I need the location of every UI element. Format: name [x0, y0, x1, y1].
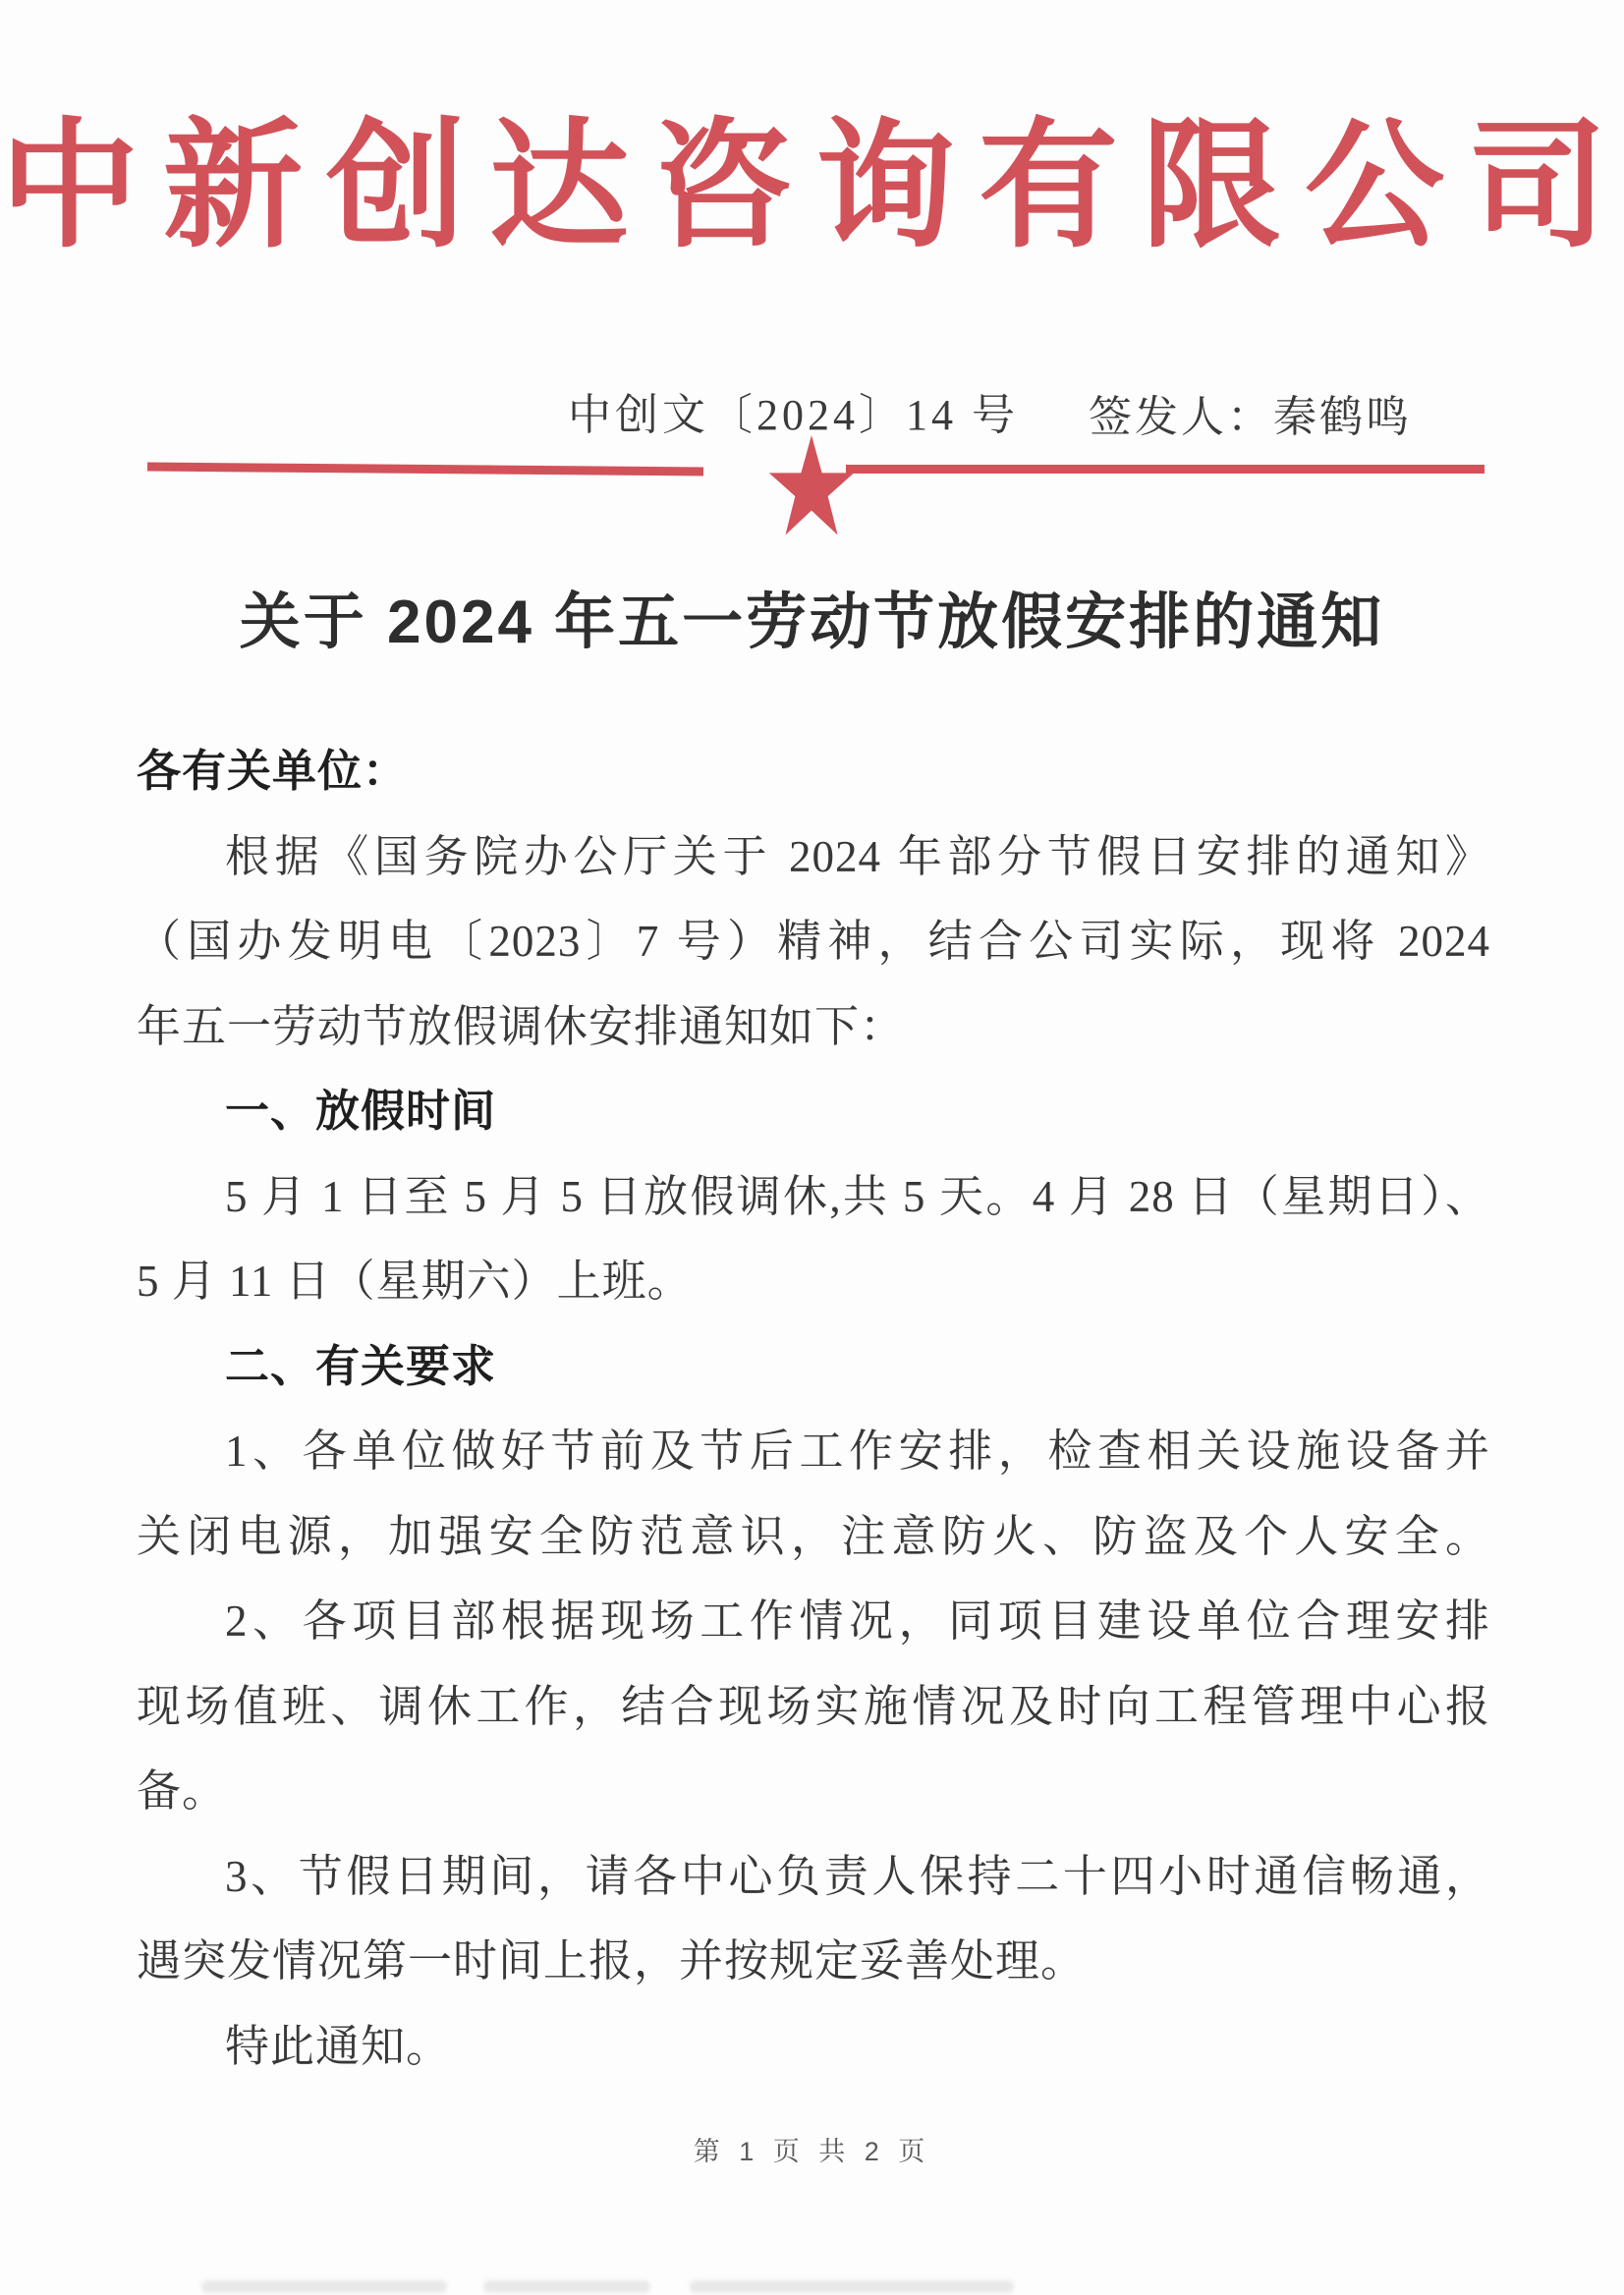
page-number: 第 1 页 共 2 页 — [0, 2130, 1624, 2168]
body-line: 根据《国务院办公厅关于 2024 年部分节假日安排的通知》 — [137, 814, 1490, 900]
red-divider-right — [846, 465, 1484, 474]
document-number: 中创文〔2024〕14 号 — [568, 379, 1019, 442]
section-heading-2: 二、有关要求 — [137, 1324, 1490, 1410]
body-line: 5 月 1 日至 5 月 5 日放假调休,共 5 天。4 月 28 日（星期日）… — [137, 1154, 1490, 1240]
closing-line: 特此通知。 — [137, 2004, 1490, 2090]
section-heading-1: 一、放假时间 — [137, 1069, 1490, 1154]
document-body: 各有关单位： 根据《国务院办公厅关于 2024 年部分节假日安排的通知》 （国办… — [137, 729, 1490, 2089]
body-line: 年五一劳动节放假调休安排通知如下： — [137, 984, 1490, 1070]
body-line: 备。 — [137, 1749, 1490, 1834]
issuer-name: 签发人：秦鹤鸣 — [1089, 381, 1412, 444]
body-line: 1、各单位做好节前及节后工作安排，检查相关设施设备并 — [137, 1409, 1490, 1494]
company-name: 中新创达咨询有限公司 — [0, 110, 1624, 263]
salutation: 各有关单位： — [137, 729, 1490, 814]
bleed-through-mark — [690, 2280, 1014, 2293]
body-line: 2、各项目部根据现场工作情况，同项目建设单位合理安排 — [137, 1579, 1490, 1664]
body-line: 5 月 11 日（星期六）上班。 — [137, 1239, 1490, 1324]
body-line: 遇突发情况第一时间上报，并按规定妥善处理。 — [137, 1919, 1490, 2004]
document-page: 中新创达咨询有限公司 中创文〔2024〕14 号 签发人：秦鹤鸣 关于 2024… — [0, 0, 1624, 2295]
red-divider-left — [147, 463, 703, 476]
body-line: 3、节假日期间，请各中心负责人保持二十四小时通信畅通， — [137, 1834, 1490, 1920]
bleed-through-mark — [483, 2280, 650, 2293]
bleed-through-mark — [201, 2280, 447, 2293]
document-meta-row: 中创文〔2024〕14 号 签发人：秦鹤鸣 — [0, 379, 1624, 434]
document-title: 关于 2024 年五一劳动节放假安排的通知 — [0, 573, 1624, 660]
body-line: （国办发明电〔2023〕7 号）精神，结合公司实际，现将 2024 — [137, 899, 1490, 984]
star-icon — [767, 435, 856, 541]
body-line: 现场值班、调休工作，结合现场实施情况及时向工程管理中心报 — [137, 1664, 1490, 1750]
body-line: 关闭电源，加强安全防范意识，注意防火、防盗及个人安全。 — [137, 1494, 1490, 1580]
